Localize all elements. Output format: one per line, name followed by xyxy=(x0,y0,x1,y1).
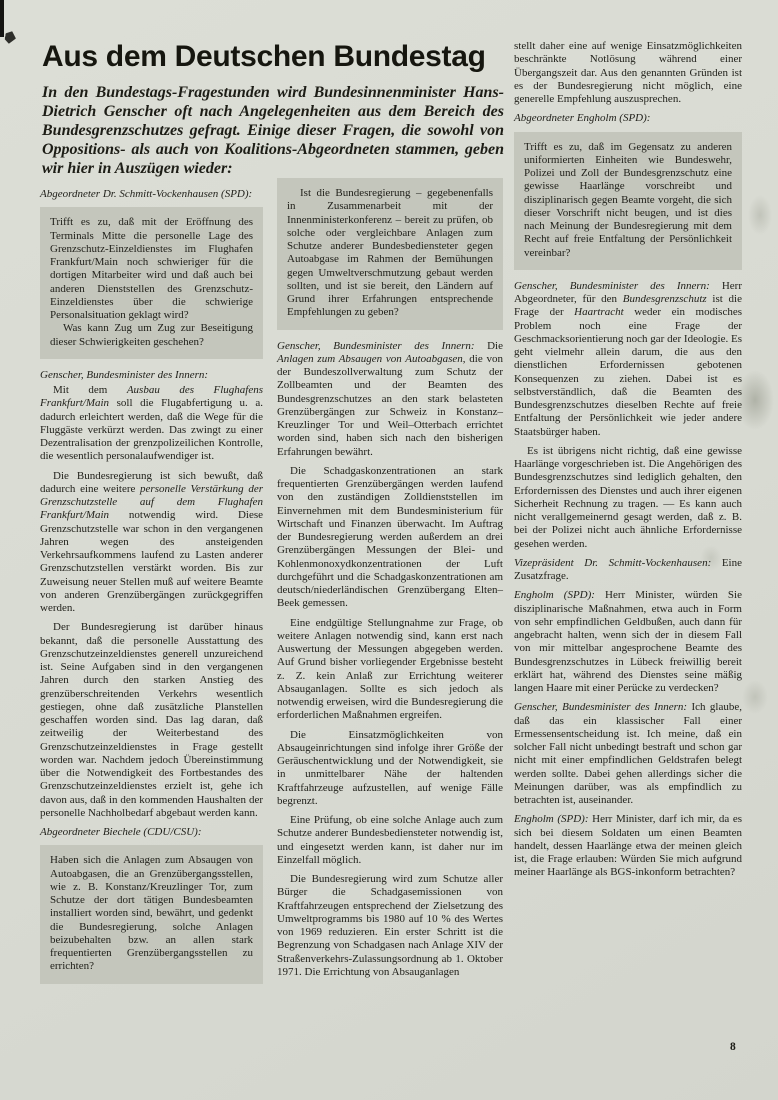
question-box: Haben sich die Anlagen zum Absaugen von … xyxy=(40,845,263,983)
continuation-paragraph: stellt daher eine auf wenige Einsatzmögl… xyxy=(514,40,742,106)
scan-edge-artifact xyxy=(0,0,4,37)
answer-paragraph: Mit dem Ausbau des Flughafens Frankfurt/… xyxy=(40,384,263,464)
question-follow-up: Engholm (SPD): Herr Minister, darf ich m… xyxy=(514,813,742,879)
scan-smudge xyxy=(748,195,772,235)
answer-paragraph: Die Bundesregierung wird zum Schutze all… xyxy=(277,873,503,979)
answer-paragraph: Die Schadgaskonzentrationen an stark fre… xyxy=(277,465,503,611)
question-paragraph: Haben sich die Anlagen zum Absaugen von … xyxy=(50,854,253,973)
answer-paragraph: Die Bundesregierung ist sich bewußt, daß… xyxy=(40,470,263,616)
speaker-line: Abgeordneter Engholm (SPD): xyxy=(514,112,742,125)
answer-paragraph: Es ist übrigens nicht richtig, daß eine … xyxy=(514,445,742,551)
intro-paragraph: In den Bundestags-Fragestunden wird Bund… xyxy=(42,84,504,179)
question-box: Ist die Bundesregierung – gegebenenfalls… xyxy=(277,178,503,330)
speaker-line: Abgeordneter Dr. Schmitt-Vockenhausen (S… xyxy=(40,188,263,201)
answer-paragraph: Die Einsatzmöglichkeiten von Absaugeinri… xyxy=(277,729,503,809)
question-paragraph: Was kann Zug um Zug zur Beseitigung dies… xyxy=(50,322,253,349)
answer-paragraph: Genscher, Bundesminister des Innern: Ich… xyxy=(514,701,742,807)
magazine-page: Aus dem Deutschen Bundestag In den Bunde… xyxy=(0,0,778,1100)
question-paragraph: Trifft es zu, daß im Gegensatz zu andere… xyxy=(524,141,732,260)
column-right: stellt daher eine auf wenige Einsatzmögl… xyxy=(514,40,742,886)
question-paragraph: Trifft es zu, daß mit der Eröffnung des … xyxy=(50,216,253,322)
answer-paragraph: Genscher, Bundesminister des Innern: Her… xyxy=(514,280,742,439)
column-middle: Ist die Bundesregierung – gegebenenfalls… xyxy=(277,176,503,985)
question-paragraph: Ist die Bundesregierung – gegebenenfalls… xyxy=(287,187,493,320)
column-left: Abgeordneter Dr. Schmitt-Vockenhausen (S… xyxy=(40,188,263,994)
scan-blot-artifact xyxy=(4,30,17,45)
question-follow-up: Engholm (SPD): Herr Minister, würden Sie… xyxy=(514,589,742,695)
answer-paragraph: Der Bundesregierung ist darüber hinaus b… xyxy=(40,621,263,820)
speaker-line: Abgeordneter Biechele (CDU/CSU): xyxy=(40,826,263,839)
answer-paragraph: Eine Prüfung, ob eine solche Anlage auch… xyxy=(277,814,503,867)
page-title: Aus dem Deutschen Bundestag xyxy=(42,40,486,74)
page-number: 8 xyxy=(730,1041,736,1053)
scan-smudge xyxy=(742,680,768,714)
minister-label: Genscher, Bundesminister des Innern: xyxy=(40,369,263,382)
vice-president-line: Vizepräsident Dr. Schmitt-Vockenhausen: … xyxy=(514,557,742,584)
question-box: Trifft es zu, daß im Gegensatz zu andere… xyxy=(514,132,742,270)
answer-paragraph: Genscher, Bundesminister des Innern: Die… xyxy=(277,340,503,459)
question-box: Trifft es zu, daß mit der Eröffnung des … xyxy=(40,207,263,359)
answer-paragraph: Eine endgültige Stellungnahme zur Frage,… xyxy=(277,617,503,723)
